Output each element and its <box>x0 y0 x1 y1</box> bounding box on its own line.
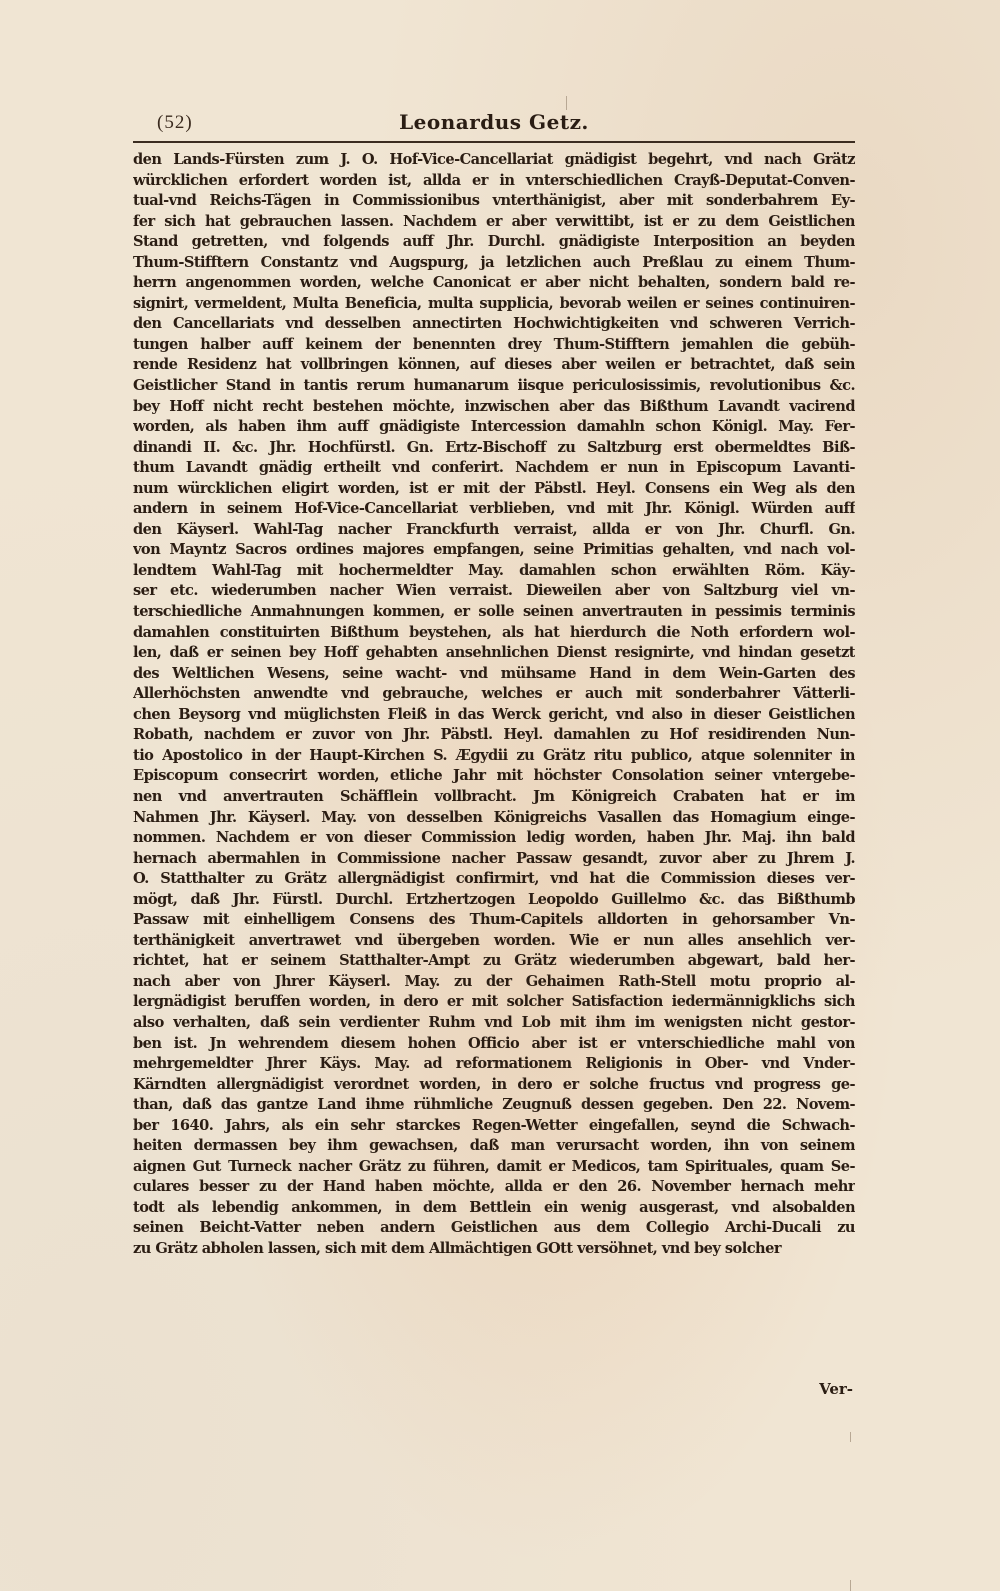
text-line: Kärndten allergnädigist verordnet worden… <box>133 1075 855 1096</box>
text-line: von Mayntz Sacros ordines majores empfan… <box>133 540 855 561</box>
text-line: worden, als haben ihm auff gnädigiste In… <box>133 417 855 438</box>
text-line: todt als lebendig ankommen, in dem Bettl… <box>133 1198 855 1219</box>
text-line: tual-vnd Reichs-Tägen in Commissionibus … <box>133 191 855 212</box>
text-line: culares besser zu der Hand haben möchte,… <box>133 1177 855 1198</box>
text-line: Stand getretten, vnd folgends auff Jhr. … <box>133 232 855 253</box>
paper-blemish <box>850 1580 851 1591</box>
text-line: bey Hoff nicht recht bestehen möchte, in… <box>133 397 855 418</box>
paper-blemish <box>850 1432 851 1442</box>
text-line: Thum-Stifftern Constantz vnd Augspurg, j… <box>133 253 855 274</box>
text-line: Allerhöchsten anwendte vnd gebrauche, we… <box>133 684 855 705</box>
book-page: (52) Leonardus Getz. den Lands-Fürsten z… <box>133 108 855 138</box>
text-line: terthänigkeit anvertrawet vnd übergeben … <box>133 931 855 952</box>
text-line: Geistlicher Stand in tantis rerum humana… <box>133 376 855 397</box>
text-line: thum Lavandt gnädig ertheilt vnd conferi… <box>133 458 855 479</box>
text-line: Passaw mit einhelligem Consens des Thum-… <box>133 910 855 931</box>
text-line: terschiedliche Anmahnungen kommen, er so… <box>133 602 855 623</box>
text-line: zu Grätz abholen lassen, sich mit dem Al… <box>133 1239 855 1260</box>
text-line: chen Beysorg vnd müglichsten Fleiß in da… <box>133 705 855 726</box>
text-line: ber 1640. Jahrs, als ein sehr starckes R… <box>133 1116 855 1137</box>
text-line: herrn angenommen worden, welche Canonica… <box>133 273 855 294</box>
text-line: hernach abermahlen in Commissione nacher… <box>133 849 855 870</box>
text-line: aignen Gut Turneck nacher Grätz zu führe… <box>133 1157 855 1178</box>
text-line: mögt, daß Jhr. Fürstl. Durchl. Ertzhertz… <box>133 890 855 911</box>
catchword: Ver- <box>819 1380 853 1398</box>
text-line: num würcklichen eligirt worden, ist er m… <box>133 479 855 500</box>
text-line: also verhalten, daß sein verdienter Ruhm… <box>133 1013 855 1034</box>
text-line: nen vnd anvertrauten Schäfflein vollbrac… <box>133 787 855 808</box>
text-line: nach aber von Jhrer Käyserl. May. zu der… <box>133 972 855 993</box>
text-line: fer sich hat gebrauchen lassen. Nachdem … <box>133 212 855 233</box>
text-line: Robath, nachdem er zuvor von Jhr. Päbstl… <box>133 725 855 746</box>
text-line: den Käyserl. Wahl-Tag nacher Franckfurth… <box>133 520 855 541</box>
text-line: den Cancellariats vnd desselben annectir… <box>133 314 855 335</box>
text-line: andern in seinem Hof-Vice-Cancellariat v… <box>133 499 855 520</box>
header-rule <box>133 141 855 143</box>
text-line: O. Statthalter zu Grätz allergnädigist c… <box>133 869 855 890</box>
text-line: des Weltlichen Wesens, seine wacht- vnd … <box>133 664 855 685</box>
text-line: tungen halber auff keinem der benennten … <box>133 335 855 356</box>
text-line: rende Residenz hat vollbringen können, a… <box>133 355 855 376</box>
text-line: seinen Beicht-Vatter neben andern Geistl… <box>133 1218 855 1239</box>
body-text: den Lands-Fürsten zum J. O. Hof-Vice-Can… <box>133 150 855 1260</box>
text-line: than, daß das gantze Land ihme rühmliche… <box>133 1095 855 1116</box>
text-line: mehrgemeldter Jhrer Käys. May. ad reform… <box>133 1054 855 1075</box>
text-line: den Lands-Fürsten zum J. O. Hof-Vice-Can… <box>133 150 855 171</box>
text-line: tio Apostolico in der Haupt-Kirchen S. Æ… <box>133 746 855 767</box>
text-line: signirt, vermeldent, Multa Beneficia, mu… <box>133 294 855 315</box>
text-line: heiten dermassen bey ihm gewachsen, daß … <box>133 1136 855 1157</box>
text-line: nommen. Nachdem er von dieser Commission… <box>133 828 855 849</box>
text-line: ben ist. Jn wehrendem diesem hohen Offic… <box>133 1034 855 1055</box>
text-line: len, daß er seinen bey Hoff gehabten ans… <box>133 643 855 664</box>
text-line: richtet, hat er seinem Statthalter-Ampt … <box>133 951 855 972</box>
paper-blemish <box>566 96 567 110</box>
text-line: dinandi II. &c. Jhr. Hochfürstl. Gn. Ert… <box>133 438 855 459</box>
text-line: Nahmen Jhr. Käyserl. May. von desselben … <box>133 808 855 829</box>
running-head: (52) Leonardus Getz. <box>133 108 855 138</box>
text-line: damahlen constituirten Bißthum beystehen… <box>133 623 855 644</box>
text-line: würcklichen erfordert worden ist, allda … <box>133 171 855 192</box>
running-title: Leonardus Getz. <box>133 110 855 134</box>
text-line: Episcopum consecrirt worden, etliche Jah… <box>133 766 855 787</box>
text-line: lergnädigist beruffen worden, in dero er… <box>133 992 855 1013</box>
text-line: ser etc. wiederumben nacher Wien verrais… <box>133 581 855 602</box>
text-line: lendtem Wahl-Tag mit hochermeldter May. … <box>133 561 855 582</box>
